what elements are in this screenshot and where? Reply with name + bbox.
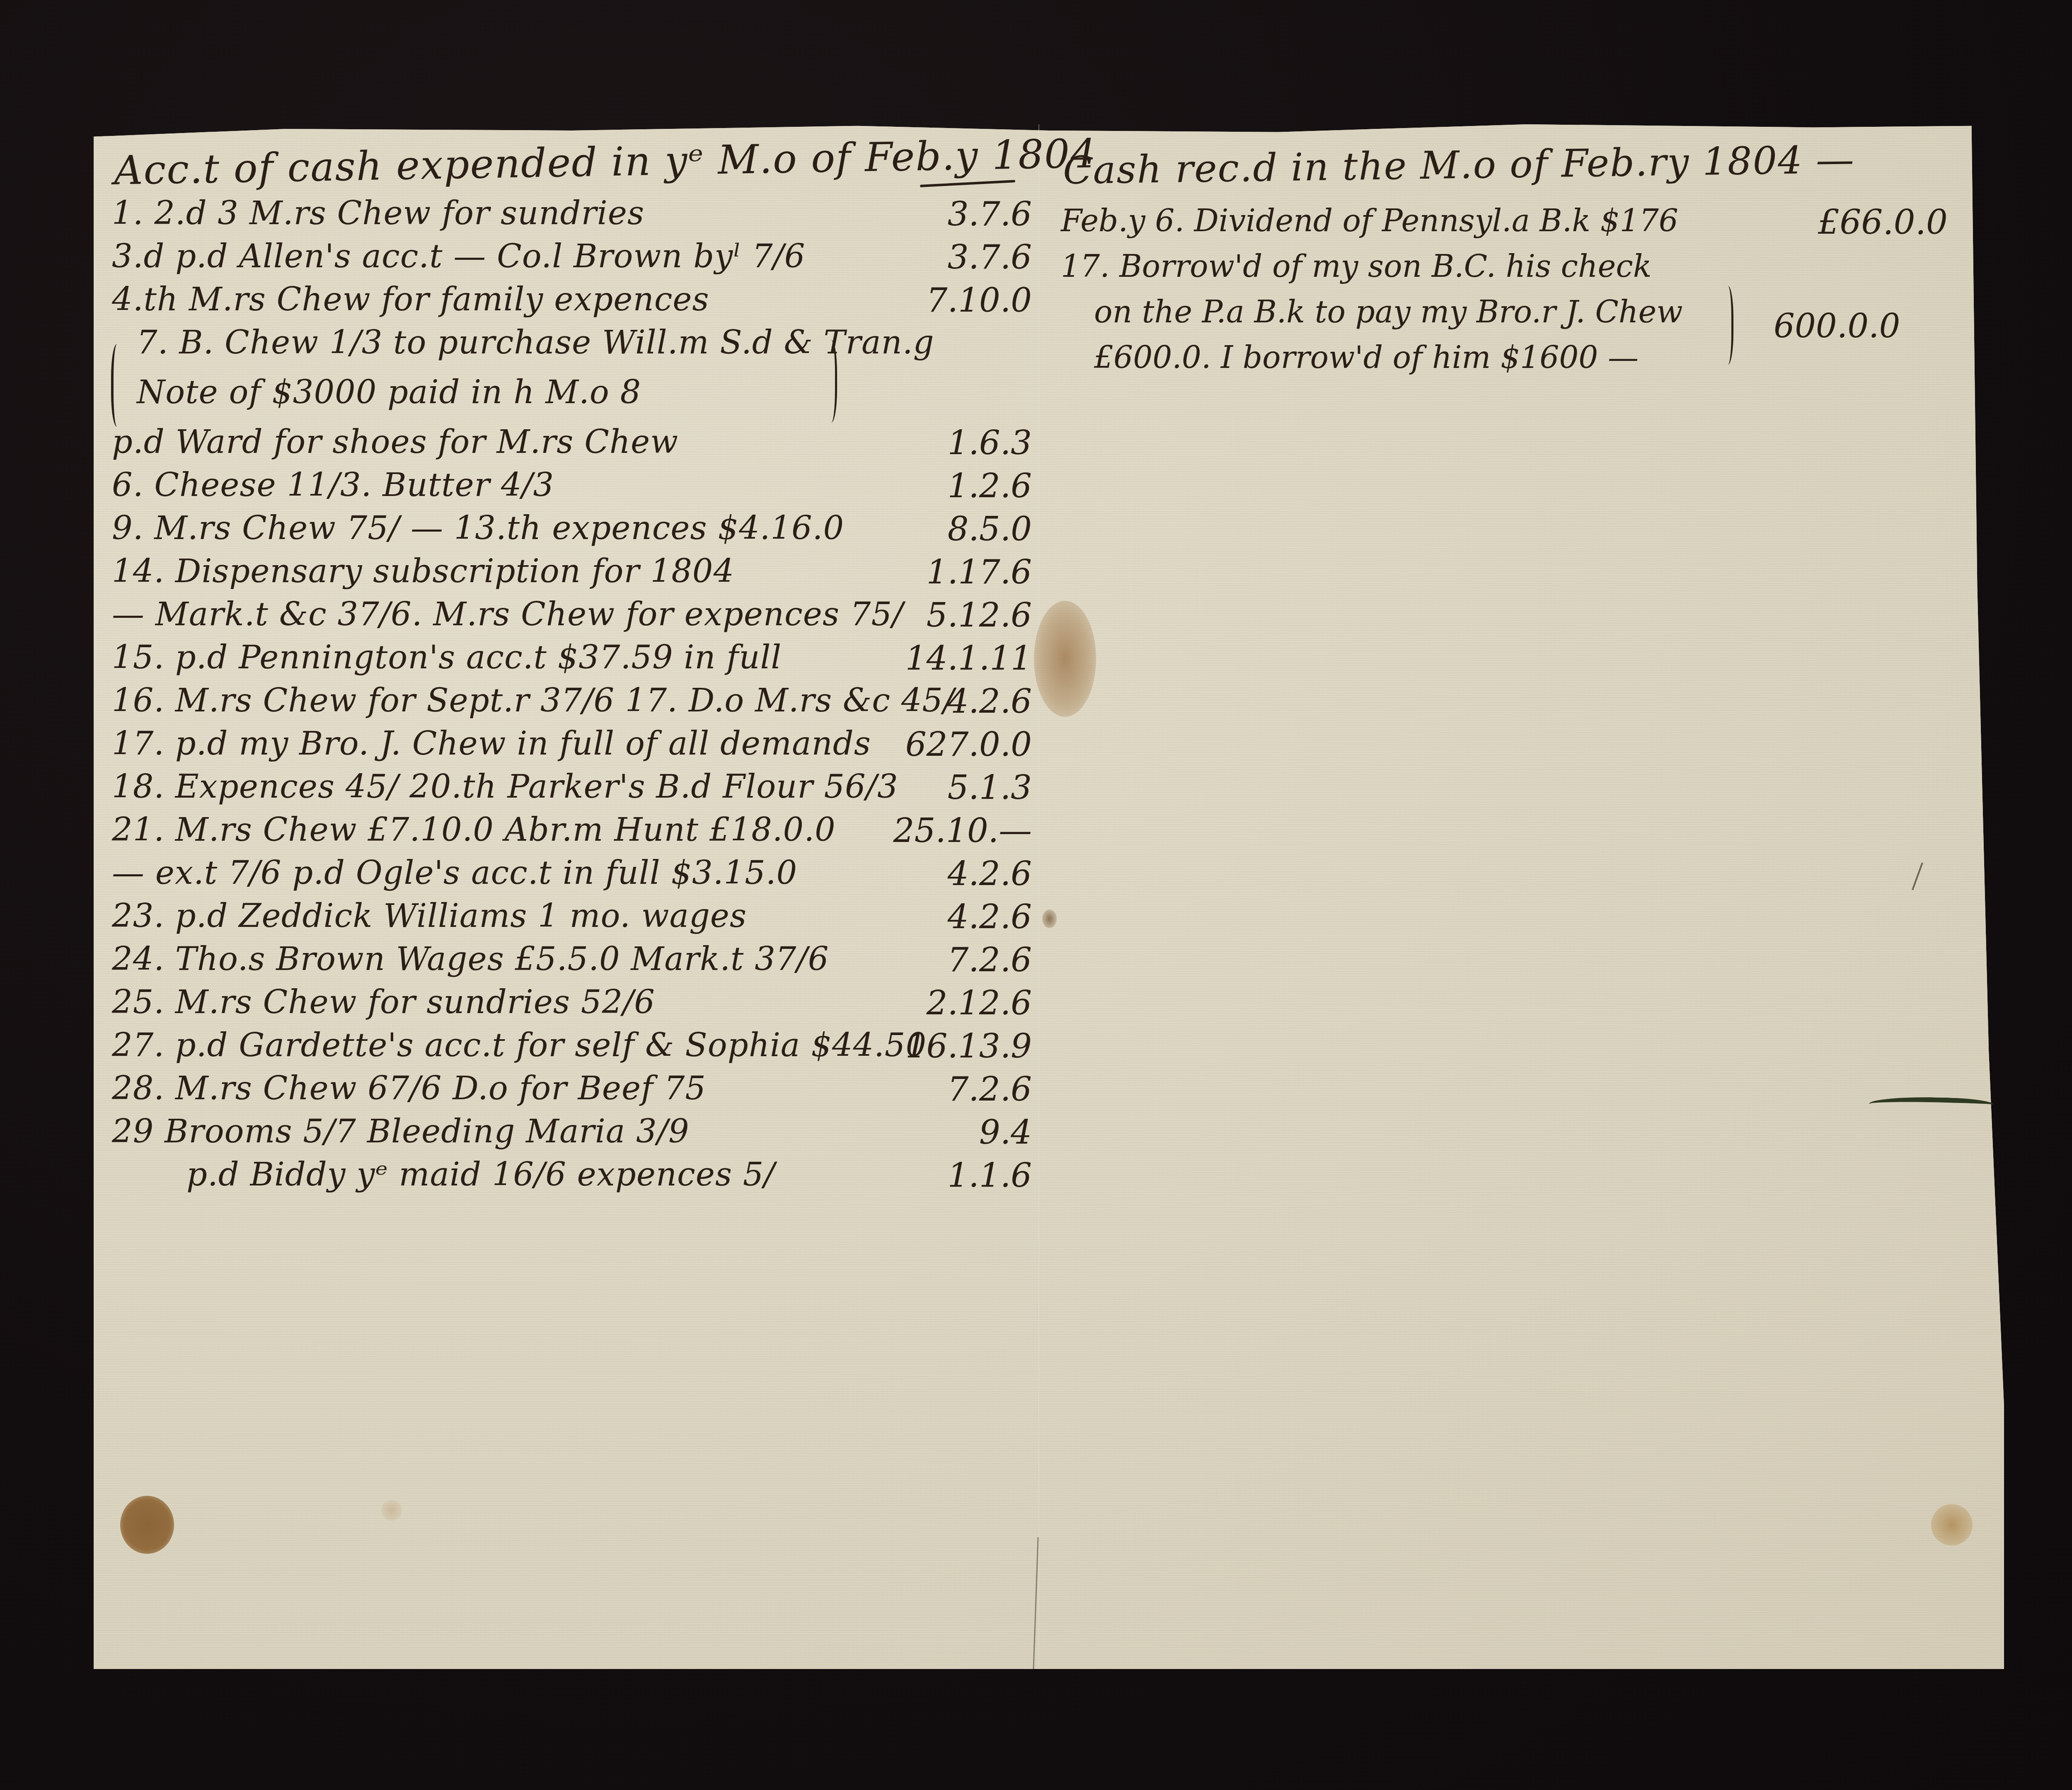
center-fold [1038, 124, 1040, 1669]
entry-desc: 27. p.d Gardette's acc.t for self & Soph… [112, 1027, 927, 1064]
entry-amount: 4.2.6 [947, 854, 1032, 893]
entry-desc: 23. p.d Zeddick Williams 1 mo. wages [112, 897, 747, 935]
ledger-row: £600.0. I borrow'd of him $1600 — [1061, 340, 1948, 385]
entry-bracket-right-page [1720, 286, 1733, 365]
entry-desc: p.d Ward for shoes for M.rs Chew [112, 423, 678, 461]
entry-desc: 1. 2.d 3 M.rs Chew for sundries [112, 195, 644, 232]
entry-amount: 5.1.3 [947, 768, 1032, 807]
entry-desc: on the P.a B.k to pay my Bro.r J. Chew [1094, 294, 1683, 330]
entry-desc: — Mark.t &c 37/6. M.rs Chew for expences… [112, 596, 903, 633]
entry-desc: 7. B. Chew 1/3 to purchase Will.m S.d & … [137, 324, 934, 361]
entry-amount: 8.5.0 [947, 510, 1032, 548]
entry-amount: 3.7.6 [947, 195, 1032, 233]
entry-desc: 24. Tho.s Brown Wages £5.5.0 Mark.t 37/6 [112, 941, 829, 978]
ledger-row: — ex.t 7/6 p.d Ogle's acc.t in full $3.1… [112, 854, 1032, 897]
entry-bracket-left [111, 344, 126, 427]
entry-amount: 1.2.6 [947, 467, 1032, 505]
entry-desc: 9. M.rs Chew 75/ — 13.th expences $4.16.… [112, 510, 844, 547]
ledger-row: 29 Brooms 5/7 Bleeding Maria 3/9 9.4 [112, 1113, 1032, 1156]
entry-desc: Feb.y 6. Dividend of Pennsyl.a B.k $176 [1061, 203, 1678, 239]
ledger-row: 21. M.rs Chew £7.10.0 Abr.m Hunt £18.0.0… [112, 811, 1032, 854]
entry-amount: 3.7.6 [947, 238, 1032, 276]
entry-desc: 14. Dispensary subscription for 1804 [112, 553, 734, 590]
ledger-row: 6. Cheese 11/3. Butter 4/3 1.2.6 [112, 467, 1032, 510]
ledger-row: 25. M.rs Chew for sundries 52/6 2.12.6 [112, 984, 1032, 1027]
entry-amount: 9.4 [979, 1113, 1032, 1151]
ledger-row: 17. p.d my Bro. J. Chew in full of all d… [112, 725, 1032, 768]
stain-center [1034, 601, 1096, 717]
ledger-row: 18. Expences 45/ 20.th Parker's B.d Flou… [112, 768, 1032, 811]
ledger-row: 1. 2.d 3 M.rs Chew for sundries 3.7.6 [112, 195, 1032, 238]
entry-amount: 7.2.6 [947, 1070, 1032, 1108]
ledger-row: p.d Ward for shoes for M.rs Chew 1.6.3 [112, 423, 1032, 467]
entry-amount: 7.2.6 [947, 941, 1032, 979]
ledger-row: 15. p.d Pennington's acc.t $37.59 in ful… [112, 639, 1032, 682]
entry-desc: £600.0. I borrow'd of him $1600 — [1094, 340, 1639, 375]
ledger-row: 9. M.rs Chew 75/ — 13.th expences $4.16.… [112, 510, 1032, 553]
ledger-row: 14. Dispensary subscription for 1804 1.1… [112, 553, 1032, 596]
ledger-row: 17. Borrow'd of my son B.C. his check [1061, 249, 1948, 294]
ledger-row: Feb.y 6. Dividend of Pennsyl.a B.k $176 … [1061, 203, 1948, 249]
ledger-row: 28. M.rs Chew 67/6 D.o for Beef 75 7.2.6 [112, 1070, 1032, 1113]
entry-desc: 17. p.d my Bro. J. Chew in full of all d… [112, 725, 871, 762]
entry-desc: Note of $3000 paid in h M.o 8 [137, 374, 641, 411]
entry-desc: 4.th M.rs Chew for family expences [112, 281, 709, 318]
entry-desc: 15. p.d Pennington's acc.t $37.59 in ful… [112, 639, 782, 676]
ledger-row: — Mark.t &c 37/6. M.rs Chew for expences… [112, 596, 1032, 639]
ledger-row: 27. p.d Gardette's acc.t for self & Soph… [112, 1027, 1032, 1070]
entry-desc: 28. M.rs Chew 67/6 D.o for Beef 75 [112, 1070, 706, 1107]
entry-amount: 2.12.6 [927, 984, 1032, 1022]
receipts-ledger: Feb.y 6. Dividend of Pennsyl.a B.k $176 … [1061, 203, 1948, 385]
ledger-row: 7. B. Chew 1/3 to purchase Will.m S.d & … [112, 324, 1032, 374]
entry-amount: 627.0.0 [905, 725, 1032, 764]
stain-faint [381, 1500, 402, 1521]
ledger-row: 3.d p.d Allen's acc.t — Co.l Brown byˡ 7… [112, 238, 1032, 281]
entry-desc: 17. Borrow'd of my son B.C. his check [1061, 249, 1652, 284]
stain-bottom-right [1931, 1504, 1973, 1546]
entry-bracket-right [823, 340, 837, 423]
entry-desc: p.d Biddy yᵉ maid 16/6 expences 5/ [186, 1156, 775, 1193]
ledger-row: p.d Biddy yᵉ maid 16/6 expences 5/ 1.1.6 [112, 1156, 1032, 1199]
ledger-row: Note of $3000 paid in h M.o 8 [112, 374, 1032, 423]
borrowed-amount: 600.0.0 [1774, 307, 1900, 345]
entry-desc: 3.d p.d Allen's acc.t — Co.l Brown byˡ 7… [112, 238, 806, 275]
entry-amount: 25.10.— [893, 811, 1032, 850]
entry-desc: 25. M.rs Chew for sundries 52/6 [112, 984, 655, 1021]
entry-desc: 6. Cheese 11/3. Butter 4/3 [112, 467, 554, 504]
ledger-row: 24. Tho.s Brown Wages £5.5.0 Mark.t 37/6… [112, 941, 1032, 984]
entry-amount: 14.1.11 [905, 639, 1032, 677]
stain-small-center [1042, 910, 1057, 928]
expenditure-ledger: 1. 2.d 3 M.rs Chew for sundries 3.7.6 3.… [112, 195, 1032, 1199]
ledger-row: 4.th M.rs Chew for family expences 7.10.… [112, 281, 1032, 324]
entry-amount: 1.1.6 [947, 1156, 1032, 1195]
entry-amount: £66.0.0 [1818, 203, 1948, 242]
entry-amount: 1.17.6 [927, 553, 1032, 591]
entry-amount: 4.2.6 [947, 897, 1032, 936]
entry-amount: 5.12.6 [927, 596, 1032, 634]
ledger-row: 16. M.rs Chew for Sept.r 37/6 17. D.o M.… [112, 682, 1032, 725]
entry-amount: 16.13.9 [905, 1027, 1032, 1065]
entry-desc: 29 Brooms 5/7 Bleeding Maria 3/9 [112, 1113, 690, 1150]
entry-desc: 16. M.rs Chew for Sept.r 37/6 17. D.o M.… [112, 682, 954, 719]
ledger-row: 23. p.d Zeddick Williams 1 mo. wages 4.2… [112, 897, 1032, 941]
stain-bottom-left [120, 1496, 174, 1554]
entry-desc: — ex.t 7/6 p.d Ogle's acc.t in full $3.1… [112, 854, 797, 892]
entry-desc: 21. M.rs Chew £7.10.0 Abr.m Hunt £18.0.0 [112, 811, 836, 849]
entry-amount: 4.2.6 [947, 682, 1032, 721]
entry-desc: 18. Expences 45/ 20.th Parker's B.d Flou… [112, 768, 898, 805]
entry-amount: 1.6.3 [947, 423, 1032, 462]
entry-amount: 7.10.0 [927, 281, 1032, 319]
